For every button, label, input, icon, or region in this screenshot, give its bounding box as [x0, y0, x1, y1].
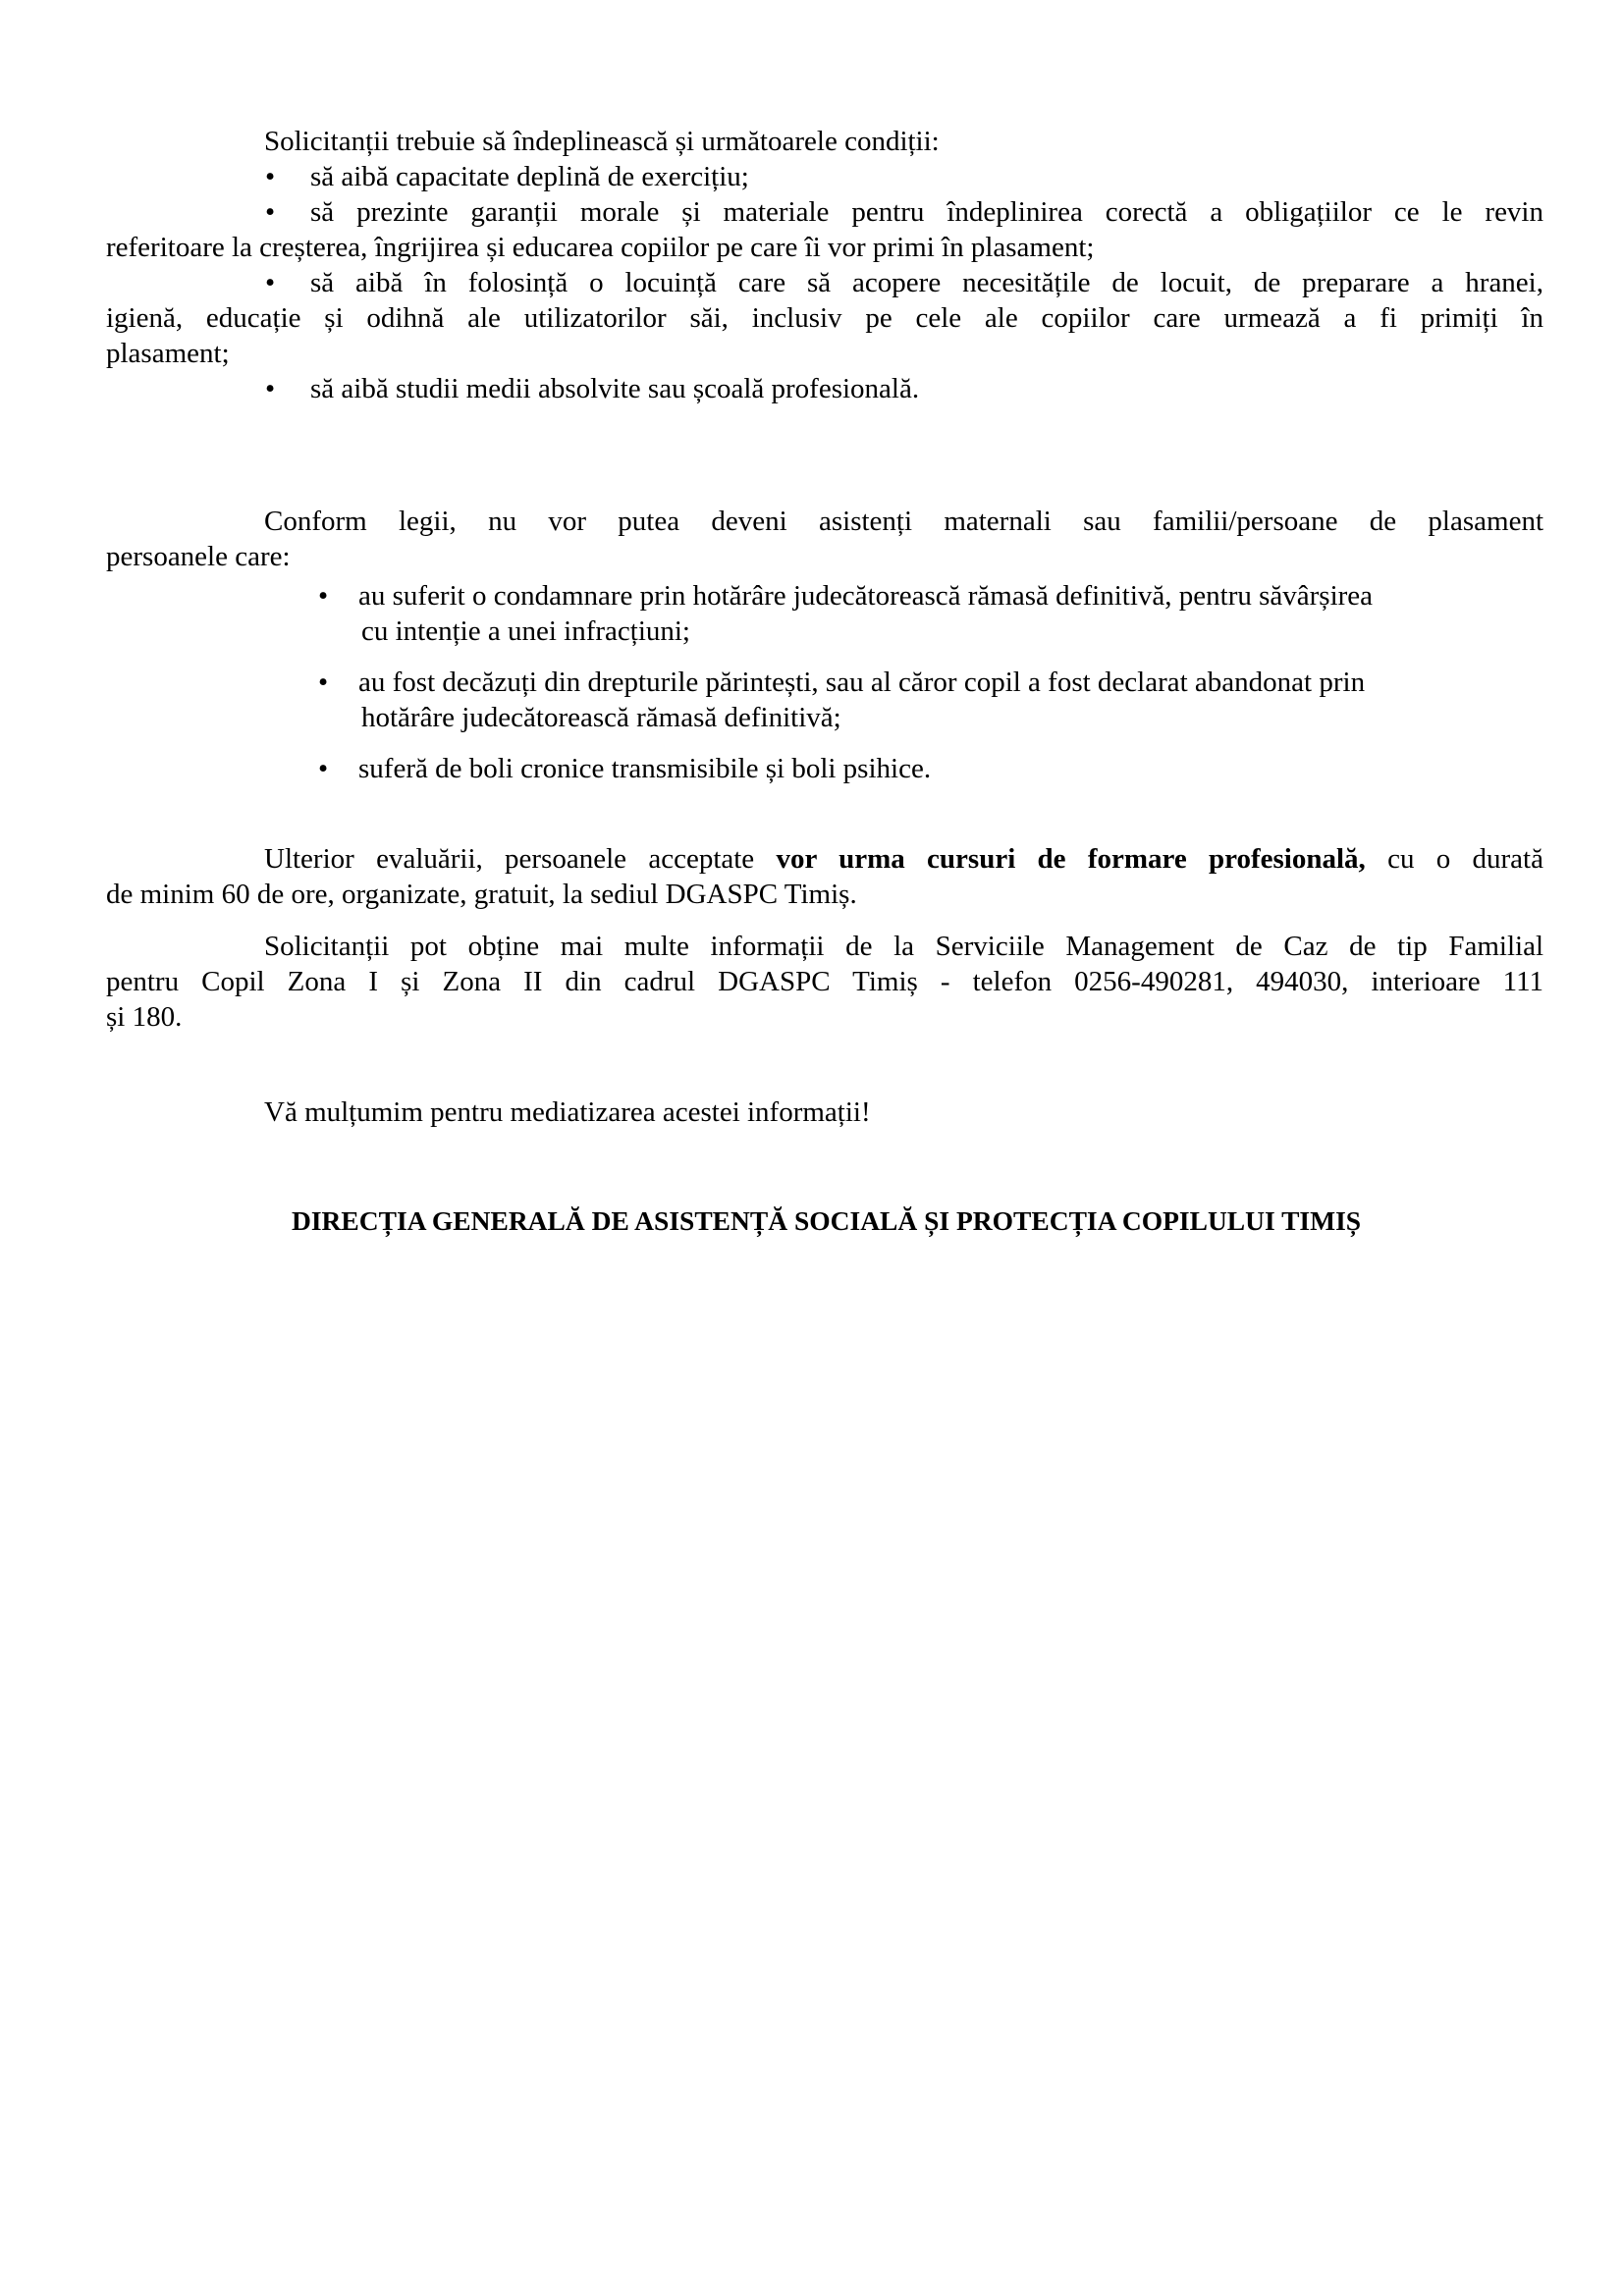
bullet-icon: •: [318, 665, 328, 700]
bullet-icon: •: [318, 751, 328, 786]
bullet-icon: •: [265, 265, 275, 300]
section3-paragraph2-continuation: și 180.: [106, 999, 182, 1035]
bullet-icon: •: [265, 159, 275, 194]
section1-intro: Solicitanții trebuie să îndeplinească și…: [264, 124, 940, 159]
list-item: să aibă în folosință o locuință care să …: [310, 265, 1543, 300]
list-item: să prezinte garanții morale și materiale…: [310, 194, 1543, 230]
bullet-icon: •: [265, 371, 275, 406]
bullet-icon: •: [265, 194, 275, 230]
list-item-continuation: cu intenție a unei infracțiuni;: [361, 614, 690, 649]
list-item-continuation: hotărâre judecătorească rămasă definitiv…: [361, 700, 841, 735]
bullet-icon: •: [318, 578, 328, 614]
section3-paragraph2-continuation: pentru Copil Zona I și Zona II din cadru…: [106, 964, 1543, 999]
list-item-continuation: igienă, educație și odihnă ale utilizato…: [106, 300, 1543, 336]
list-item: să aibă capacitate deplină de exercițiu;: [310, 159, 749, 194]
list-item: au fost decăzuți din drepturile părinteș…: [358, 665, 1365, 700]
section3-paragraph2: Solicitanții pot obține mai multe inform…: [264, 929, 1543, 964]
paragraph-text: Ulterior evaluării, persoanele acceptate: [264, 843, 776, 875]
section3-paragraph1: Ulterior evaluării, persoanele acceptate…: [264, 841, 1543, 877]
list-item: au suferit o condamnare prin hotărâre ju…: [358, 578, 1373, 614]
section2-intro-continuation: persoanele care:: [106, 539, 291, 574]
bold-emphasis: vor urma cursuri de formare profesională…: [776, 843, 1365, 875]
list-item: să aibă studii medii absolvite sau școal…: [310, 371, 919, 406]
list-item-continuation: referitoare la creșterea, îngrijirea și …: [106, 230, 1094, 265]
list-item-continuation: plasament;: [106, 336, 230, 371]
section2-intro: Conform legii, nu vor putea deveni asist…: [264, 504, 1543, 539]
section3-paragraph1-continuation: de minim 60 de ore, organizate, gratuit,…: [106, 877, 857, 912]
signature-institution: DIRECȚIA GENERALĂ DE ASISTENȚĂ SOCIALĂ Ș…: [292, 1203, 1361, 1239]
list-item: suferă de boli cronice transmisibile și …: [358, 751, 931, 786]
paragraph-text: cu o durată: [1366, 843, 1543, 875]
thanks-line: Vă mulțumim pentru mediatizarea acestei …: [264, 1095, 871, 1130]
